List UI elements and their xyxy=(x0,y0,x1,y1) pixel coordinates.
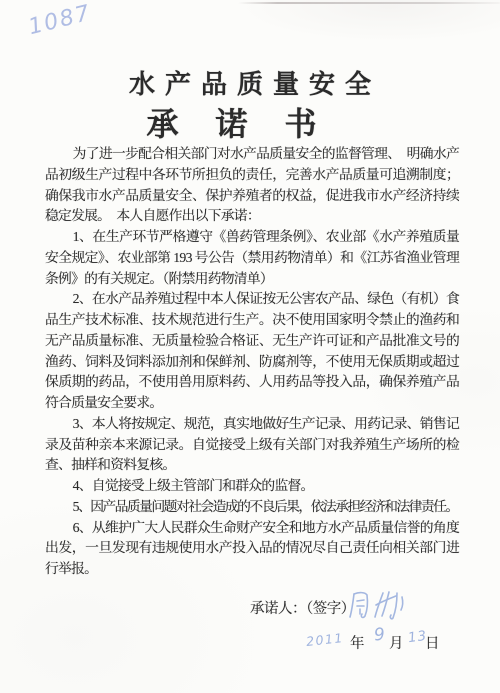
commitment-item-5: 5、因产品质量问题对社会造成的不良后果，依法承担经济和法律责任。 xyxy=(45,497,459,518)
commitment-item-1: 1、在生产环节严格遵守《兽药管理条例》、农业部《水产养殖质量安全规定》、农业部第… xyxy=(45,227,459,289)
document-title-line2: 承诺书 xyxy=(0,99,500,145)
year-label: 年 xyxy=(350,632,365,653)
handwritten-corner-number: 1087 xyxy=(26,1,94,41)
intro-paragraph: 为了进一步配合相关部门对水产品质量安全的监督管理、 明确水产品初级生产过程中各环… xyxy=(45,144,459,227)
document-title-line1: 水产品质量安全 xyxy=(0,64,500,101)
handwritten-month: 9 xyxy=(373,625,386,646)
month-label: 月 xyxy=(389,632,404,653)
commitment-item-2: 2、在水产品养殖过程中本人保证按无公害农产品、绿色（有机）食品生产技术标准、技术… xyxy=(45,289,459,414)
commitment-item-6: 6、从维护广大人民群众生命财产安全和地方水产品质量信誉的角度出发，一旦发现有违规… xyxy=(45,518,459,580)
handwritten-year: 2011 xyxy=(305,630,344,649)
document-body: 为了进一步配合相关部门对水产品质量安全的监督管理、 明确水产品初级生产过程中各环… xyxy=(45,144,459,580)
document-page: 1087 水产品质量安全 承诺书 为了进一步配合相关部门对水产品质量安全的监督管… xyxy=(0,0,500,693)
commitment-item-4: 4、自觉接受上级主管部门和群众的监督。 xyxy=(45,476,459,497)
signature-handwriting xyxy=(347,589,407,623)
scan-artifact-line xyxy=(238,2,500,4)
day-label: 日 xyxy=(425,632,440,653)
signature-row: 承诺人：（签字） xyxy=(250,597,355,618)
signatory-label: 承诺人： xyxy=(250,601,306,617)
commitment-item-3: 3、本人将按规定、规范，真实地做好生产记录、用药记录、销售记录及苗种亲本来源记录… xyxy=(45,414,459,476)
